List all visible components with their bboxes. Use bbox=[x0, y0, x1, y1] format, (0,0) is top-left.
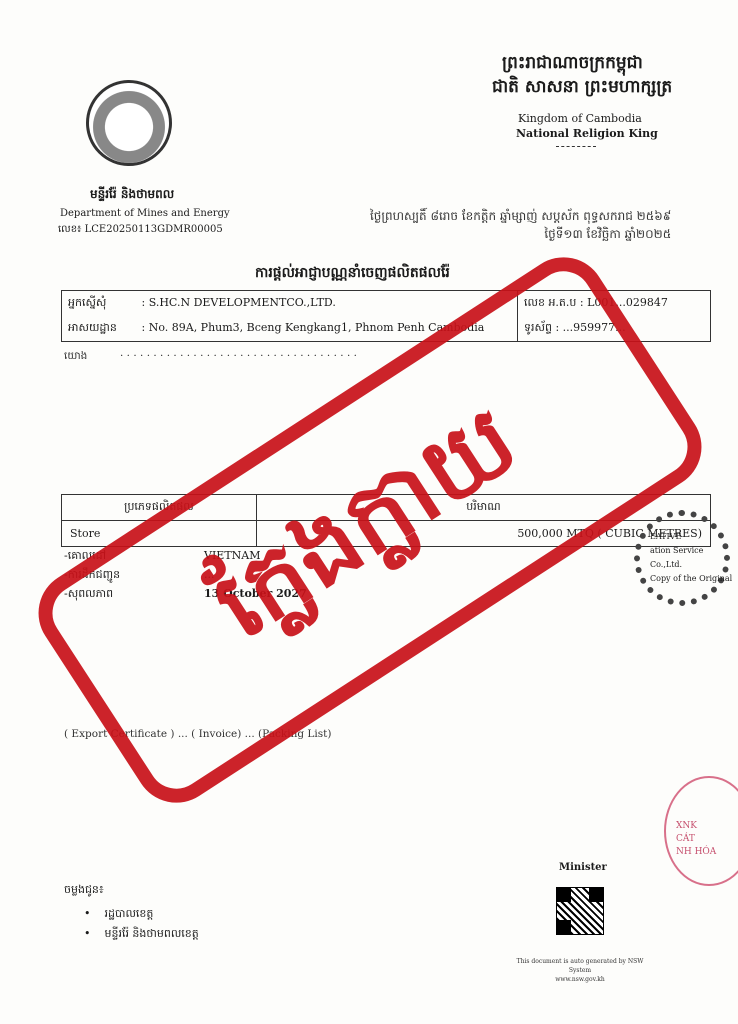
reference-number: លេខ៖ LCE20250113GDMR00005 bbox=[58, 222, 223, 237]
goods-table: ប្រភេទផលិតផល បរិមាណ Store 500,000 MTQ ( … bbox=[61, 494, 711, 547]
ministry-name-kh: មន្ទីររ៉ែ និងថាមពល bbox=[90, 186, 174, 204]
basis-label: យោង bbox=[64, 346, 120, 366]
company-seal-text: XNK CÁT NH HÓA bbox=[676, 820, 716, 859]
lunar-date: ថ្ងៃព្រហស្បតិ៍ ៨រោច ខែកត្តិក ឆ្នាំម្សាញ់… bbox=[370, 208, 671, 226]
destination-value: VIETNAM bbox=[204, 546, 261, 565]
transport-value: ... bbox=[204, 565, 215, 584]
ministry-name-en: Department of Mines and Energy bbox=[60, 208, 230, 219]
invoice-note: ( Export Certificate ) ... ( Invoice) ..… bbox=[64, 725, 714, 744]
conditions: ( Export Certificate ) ... ( Invoice) ..… bbox=[64, 625, 714, 744]
cc-label: ចម្លងជូន៖ bbox=[64, 880, 199, 900]
goods-header-product: ប្រភេទផលិតផល bbox=[62, 495, 257, 521]
kingdom-title-kh: ព្រះរាជាណាចក្រកម្ពុជា bbox=[502, 52, 643, 77]
applicant-label: អ្នកស្នើសុំ bbox=[68, 296, 138, 312]
basis-text: · · · · · · · · · · · · · · · · · · · · … bbox=[120, 346, 357, 366]
kingdom-motto-en: National Religion King bbox=[516, 127, 658, 140]
validity-label: -សុពលភាព bbox=[64, 584, 204, 603]
kingdom-motto-kh: ជាតិ សាសនា ព្រះមហាក្សត្រ bbox=[492, 76, 672, 101]
footer-note: This document is auto generated by NSW S… bbox=[505, 957, 655, 984]
ministry-logo-icon bbox=[86, 80, 172, 166]
reg-label: លេខ អ.ត.ប bbox=[524, 296, 576, 309]
certified-copy-seal-text: EATIVE ation Service Co.,Ltd. Copy of th… bbox=[650, 530, 732, 586]
cc-block: ចម្លងជូន៖ រដ្ឋបាលខេត្ត មន្ទីររ៉ែ និងថាមព… bbox=[64, 880, 199, 944]
reg-value: : L001...029847 bbox=[580, 296, 668, 309]
cc-item: មន្ទីររ៉ែ និងថាមពលខេត្ត bbox=[84, 924, 199, 944]
validity-value: 13 October 2027 bbox=[204, 584, 307, 603]
document-title: ការផ្តល់អាជ្ញាបណ្ណនាំចេញផលិតផលរ៉ែ bbox=[255, 263, 450, 284]
kingdom-title-en: Kingdom of Cambodia bbox=[518, 112, 642, 125]
header-divider bbox=[556, 146, 596, 147]
destination-label: -គោលដៅ bbox=[64, 546, 204, 565]
qr-code-icon[interactable] bbox=[556, 887, 604, 935]
document-page: មន្ទីររ៉ែ និងថាមពល Department of Mines a… bbox=[0, 0, 738, 1024]
cc-item: រដ្ឋបាលខេត្ត bbox=[84, 904, 199, 924]
goods-header-quantity: បរិមាណ bbox=[256, 495, 710, 521]
applicant-name: : S.HC.N DEVELOPMENTCO.,LTD. bbox=[142, 296, 336, 309]
phone-label: ទូរស័ព្ទ bbox=[524, 321, 552, 334]
goods-product: Store bbox=[62, 521, 257, 547]
transport-label: -ការដឹកជញ្ជូន bbox=[64, 565, 204, 584]
legal-basis: យោង · · · · · · · · · · · · · · · · · · … bbox=[64, 346, 714, 366]
permit-details: -គោលដៅ VIETNAM -ការដឹកជញ្ជូន ... -សុពលភា… bbox=[64, 546, 307, 603]
address-value: : No. 89A, Phum3, Bceng Kengkang1, Phnom… bbox=[142, 321, 485, 334]
signatory-title: Minister bbox=[559, 862, 607, 873]
issue-date: ថ្ងៃព្រហស្បតិ៍ ៨រោច ខែកត្តិក ឆ្នាំម្សាញ់… bbox=[370, 208, 671, 244]
applicant-table: អ្នកស្នើសុំ : S.HC.N DEVELOPMENTCO.,LTD.… bbox=[61, 290, 711, 342]
phone-value: : ...959977... bbox=[555, 321, 625, 334]
address-label: អាសយដ្ឋាន bbox=[68, 321, 138, 337]
solar-date: ថ្ងៃទី១៣ ខែវិច្ឆិកា ឆ្នាំ២០២៥ bbox=[370, 226, 671, 244]
